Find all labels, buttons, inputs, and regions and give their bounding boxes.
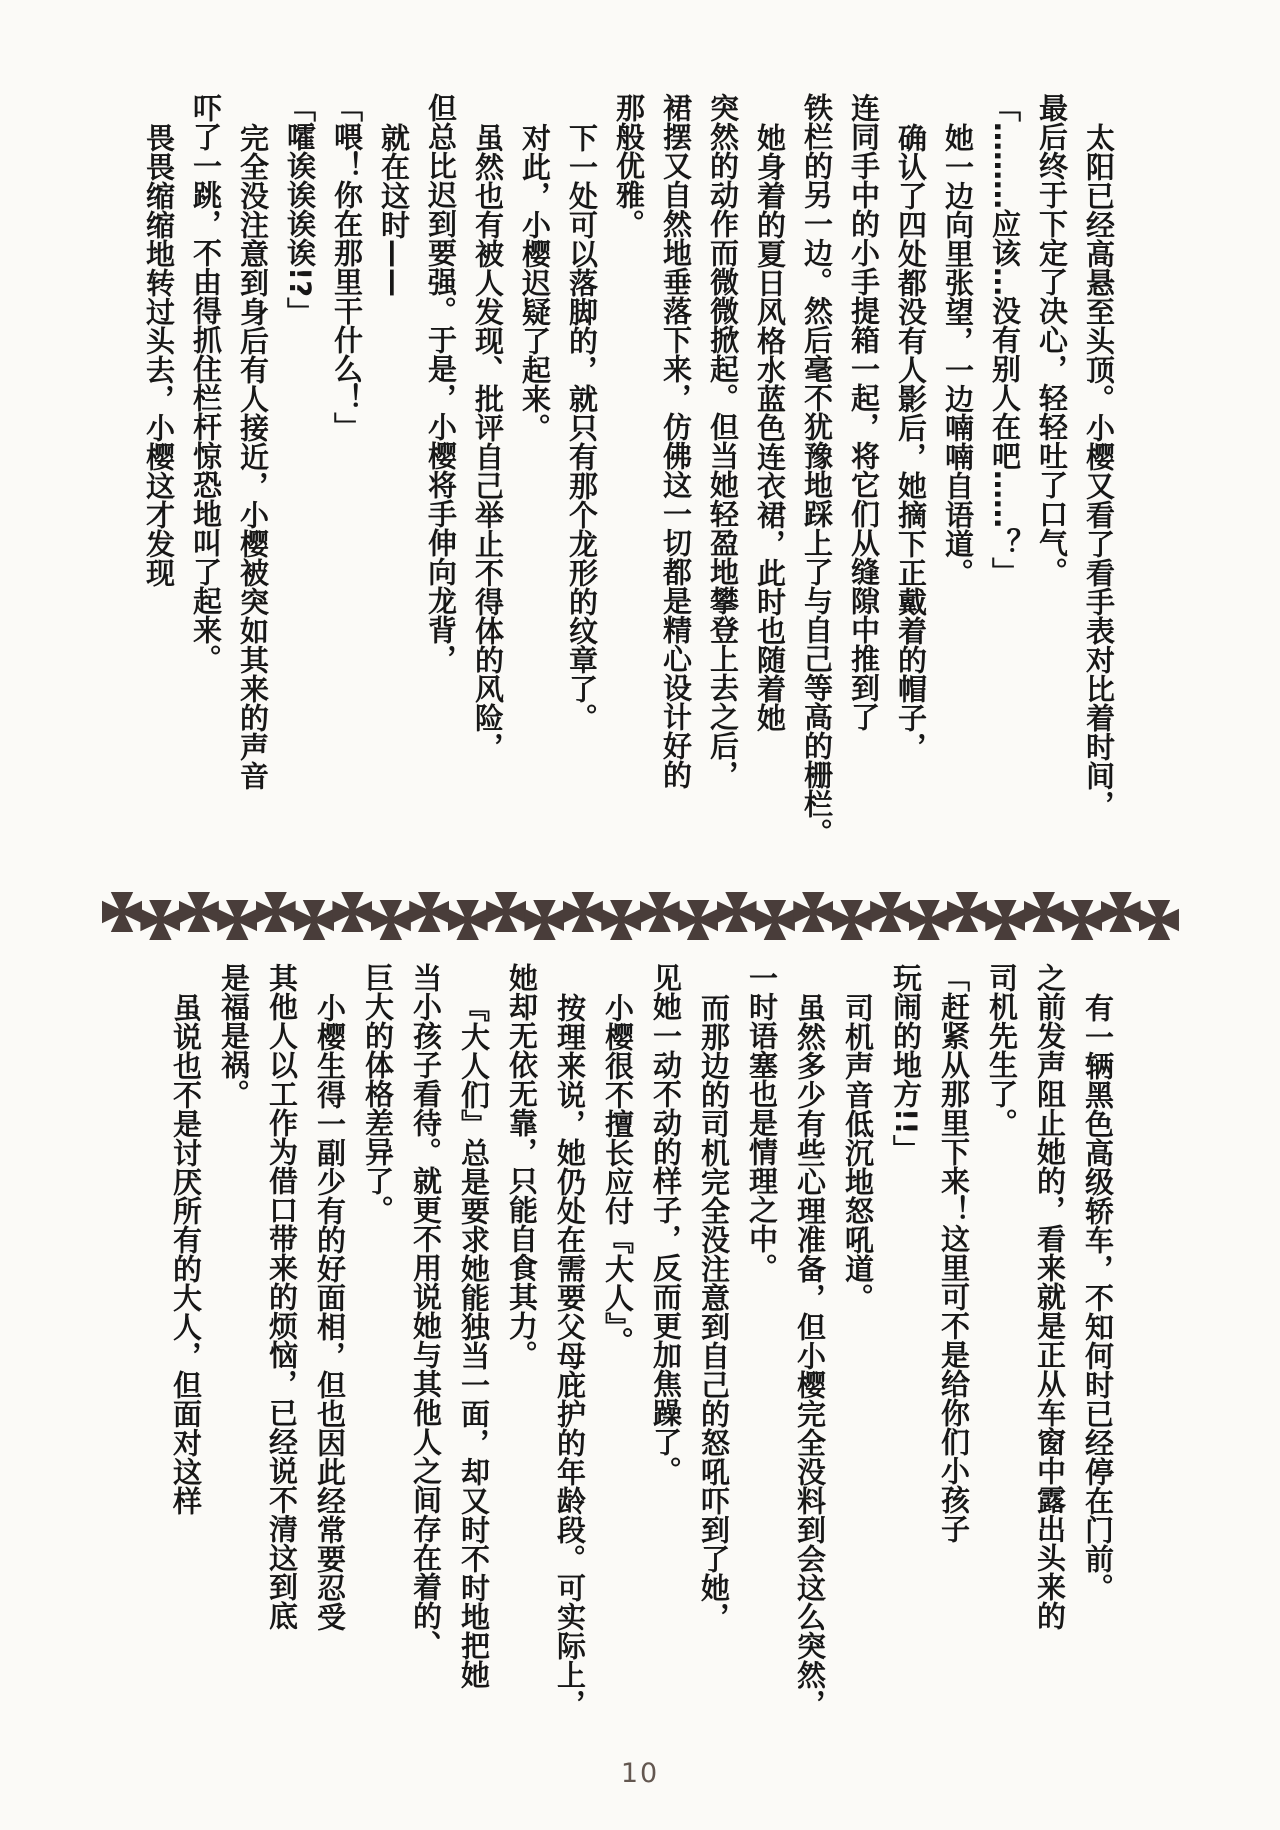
maltese-cross-ornament-icon bbox=[332, 892, 372, 932]
maltese-cross-ornament-icon bbox=[755, 900, 795, 940]
text-column: 是福是祸。 bbox=[210, 963, 258, 1108]
text-column: 「嚯诶诶诶诶!?」 bbox=[276, 93, 323, 326]
text-column: 见她一动不动的样子，反而更加焦躁了。 bbox=[642, 963, 690, 1485]
text-column: 确认了四处都没有人影后，她摘下正戴着的帽子， bbox=[887, 93, 934, 761]
text-column: 一时语塞也是情理之中。 bbox=[738, 963, 786, 1282]
maltese-cross-ornament-icon bbox=[947, 892, 987, 932]
text-column: 而那边的司机完全没注意到自己的怒吼吓到了她， bbox=[690, 963, 738, 1631]
top-text-block: 太阳已经高悬至头顶。小樱又看了看手表对比着时间，最后终于下定了决心，轻轻吐了口气… bbox=[135, 93, 1122, 873]
maltese-cross-ornament-icon bbox=[640, 892, 680, 932]
text-column: 巨大的体格差异了。 bbox=[354, 963, 402, 1224]
text-column: 虽然也有被人发现、批评自己举止不得体的风险， bbox=[464, 93, 511, 761]
text-column: 吓了一跳，不由得抓住栏杆惊恐地叫了起来。 bbox=[182, 93, 229, 673]
text-column: 她身着的夏日风格水蓝色连衣裙，此时也随着她 bbox=[746, 93, 793, 732]
book-page: 太阳已经高悬至头顶。小樱又看了看手表对比着时间，最后终于下定了决心，轻轻吐了口气… bbox=[0, 0, 1280, 1830]
text-column: 她一边向里张望，一边喃喃自语道。 bbox=[934, 93, 981, 587]
page-number: 10 bbox=[0, 1758, 1280, 1789]
bottom-text-block: 有一辆黑色高级轿车，不知何时已经停在门前。之前发声阻止她的，看来就是正从车窗中露… bbox=[162, 963, 1122, 1765]
text-column: 那般优雅。 bbox=[605, 93, 652, 238]
text-column: 但总比迟到要强。于是，小樱将手伸向龙背， bbox=[417, 93, 464, 673]
maltese-cross-ornament-icon bbox=[793, 892, 833, 932]
text-column: 之前发声阻止她的，看来就是正从车窗中露出头来的 bbox=[1026, 963, 1074, 1630]
text-column: 完全没注意到身后有人接近，小樱被突如其来的声音 bbox=[229, 93, 276, 790]
maltese-cross-ornament-icon bbox=[140, 900, 180, 940]
maltese-cross-ornament-icon bbox=[524, 900, 564, 940]
text-column: 虽然多少有些心理准备，但小樱完全没料到会这么突然， bbox=[786, 963, 834, 1718]
maltese-cross-ornament-icon bbox=[448, 900, 488, 940]
maltese-cross-ornament-icon bbox=[1139, 900, 1179, 940]
maltese-cross-ornament-icon bbox=[371, 900, 411, 940]
maltese-cross-ornament-icon bbox=[102, 892, 142, 932]
text-column: 她却无依无靠，只能自食其力。 bbox=[498, 963, 546, 1369]
text-column: 有一辆黑色高级轿车，不知何时已经停在门前。 bbox=[1074, 963, 1122, 1602]
text-column: 裙摆又自然地垂落下来，仿佛这一切都是精心设计好的 bbox=[652, 93, 699, 789]
text-column: 就在这时—— bbox=[370, 93, 417, 297]
maltese-cross-ornament-icon bbox=[294, 900, 334, 940]
maltese-cross-ornament-icon bbox=[1062, 900, 1102, 940]
maltese-cross-ornament-icon bbox=[985, 900, 1025, 940]
maltese-cross-ornament-icon bbox=[1101, 892, 1141, 932]
maltese-cross-ornament-icon bbox=[486, 892, 526, 932]
maltese-cross-ornament-icon bbox=[1024, 892, 1064, 932]
text-column: 太阳已经高悬至头顶。小樱又看了看手表对比着时间， bbox=[1075, 93, 1122, 819]
maltese-cross-ornament-icon bbox=[717, 892, 757, 932]
text-column: 司机声音低沉地怒吼道。 bbox=[834, 963, 882, 1312]
text-column: 铁栏的另一边。然后毫不犹豫地踩上了与自己等高的栅栏。 bbox=[793, 93, 840, 847]
text-column: 小樱生得一副少有的好面相，但也因此经常要忍受 bbox=[306, 963, 354, 1631]
text-column: 玩闹的地方!!」 bbox=[882, 963, 930, 1163]
text-column: 连同手中的小手提箱一起，将它们从缝隙中推到了 bbox=[840, 93, 887, 731]
text-column: 司机先生了。 bbox=[978, 963, 1026, 1137]
text-column: 小樱很不擅长应付『大人』。 bbox=[594, 963, 642, 1356]
maltese-cross-ornament-icon bbox=[217, 900, 257, 940]
maltese-cross-ornament-icon bbox=[409, 892, 449, 932]
maltese-cross-ornament-icon bbox=[179, 892, 219, 932]
maltese-cross-divider bbox=[102, 892, 1182, 942]
text-column: 最后终于下定了决心，轻轻吐了口气。 bbox=[1028, 93, 1075, 586]
maltese-cross-ornament-icon bbox=[601, 900, 641, 940]
text-column: 对此，小樱迟疑了起来。 bbox=[511, 93, 558, 442]
text-column: 按理来说，她仍处在需要父母庇护的年龄段。可实际上， bbox=[546, 963, 594, 1718]
text-column: 当小孩子看待。就更不用说她与其他人之间存在着的、 bbox=[402, 963, 450, 1659]
maltese-cross-ornament-icon bbox=[832, 900, 872, 940]
text-column: 畏畏缩缩地转过头去，小樱这才发现 bbox=[135, 93, 182, 587]
maltese-cross-ornament-icon bbox=[909, 900, 949, 940]
maltese-cross-ornament-icon bbox=[563, 892, 603, 932]
text-column: 其他人以工作为借口带来的烦恼，已经说不清这到底 bbox=[258, 963, 306, 1630]
maltese-cross-ornament-icon bbox=[256, 892, 296, 932]
maltese-cross-ornament-icon bbox=[870, 892, 910, 932]
text-column: 虽说也不是讨厌所有的大人，但面对这样 bbox=[162, 963, 210, 1515]
text-column: 「喂！你在那里干什么！」 bbox=[323, 93, 370, 441]
text-column: 突然的动作而微微掀起。但当她轻盈地攀登上去之后， bbox=[699, 93, 746, 789]
maltese-cross-ornament-icon bbox=[678, 900, 718, 940]
text-column: 「………应该…没有别人在吧……？」 bbox=[981, 93, 1028, 586]
text-column: 『大人们』总是要求她能独当一面，却又时不时地把她 bbox=[450, 963, 498, 1689]
text-column: 下一处可以落脚的，就只有那个龙形的纹章了。 bbox=[558, 93, 605, 732]
text-column: 「赶紧从那里下来！这里可不是给你们小孩子 bbox=[930, 963, 978, 1543]
